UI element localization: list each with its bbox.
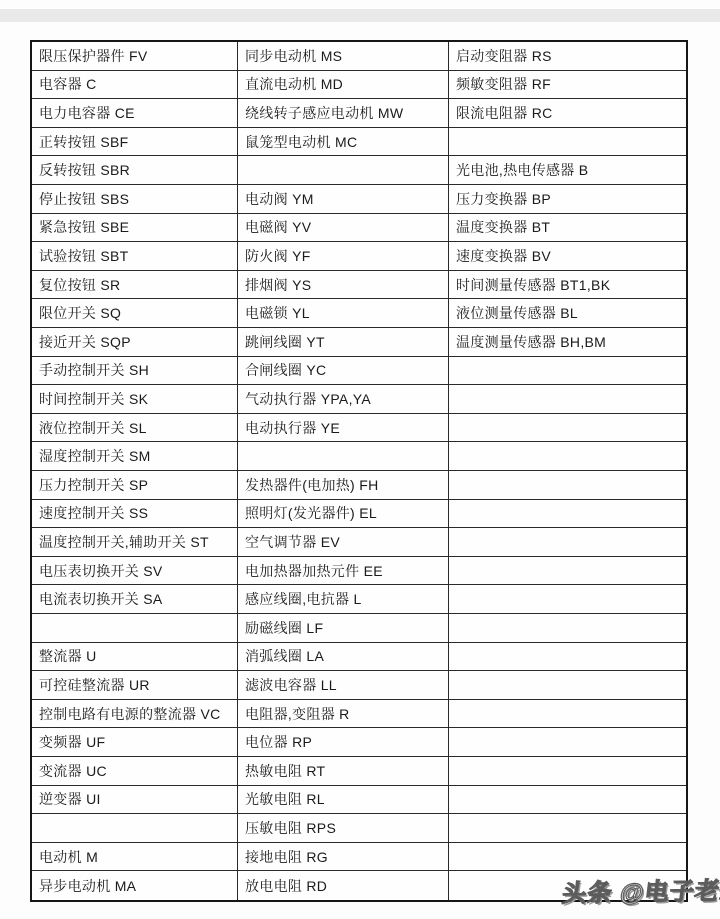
table-cell: 湿度控制开关 SM bbox=[32, 442, 238, 471]
table-cell: 电动执行器 YE bbox=[238, 414, 449, 443]
table-cell: 气动执行器 YPA,YA bbox=[238, 385, 449, 414]
table-cell: 感应线圈,电抗器 L bbox=[238, 585, 449, 614]
table-cell: 液位控制开关 SL bbox=[32, 414, 238, 443]
table-cell bbox=[238, 442, 449, 471]
table-cell: 异步电动机 MA bbox=[32, 871, 238, 900]
table-cell bbox=[449, 671, 686, 700]
table-cell bbox=[449, 614, 686, 643]
table-cell: 液位测量传感器 BL bbox=[449, 299, 686, 328]
table-cell bbox=[449, 585, 686, 614]
table-cell: 时间控制开关 SK bbox=[32, 385, 238, 414]
table-cell: 接近开关 SQP bbox=[32, 328, 238, 357]
table-cell: 消弧线圈 LA bbox=[238, 643, 449, 672]
table-cell bbox=[449, 757, 686, 786]
table-cell bbox=[32, 814, 238, 843]
table-cell: 光电池,热电传感器 B bbox=[449, 156, 686, 185]
table-cell: 正转按钮 SBF bbox=[32, 128, 238, 157]
table-cell: 限流电阻器 RC bbox=[449, 99, 686, 128]
table-cell: 热敏电阻 RT bbox=[238, 757, 449, 786]
table-cell: 电动机 M bbox=[32, 843, 238, 872]
table-cell: 温度变换器 BT bbox=[449, 214, 686, 243]
table-cell: 空气调节器 EV bbox=[238, 528, 449, 557]
table-cell bbox=[449, 385, 686, 414]
table-cell: 温度控制开关,辅助开关 ST bbox=[32, 528, 238, 557]
table-cell: 启动变阻器 RS bbox=[449, 42, 686, 71]
table-cell: 限位开关 SQ bbox=[32, 299, 238, 328]
table-cell: 同步电动机 MS bbox=[238, 42, 449, 71]
table-cell bbox=[449, 442, 686, 471]
table-cell: 温度测量传感器 BH,BM bbox=[449, 328, 686, 357]
table-cell: 电磁阀 YV bbox=[238, 214, 449, 243]
table-cell: 紧急按钮 SBE bbox=[32, 214, 238, 243]
table-cell: 速度控制开关 SS bbox=[32, 500, 238, 529]
watermark-text: 头条 @电子老孙 bbox=[561, 870, 720, 908]
table-cell: 压力变换器 BP bbox=[449, 185, 686, 214]
table-cell bbox=[449, 843, 686, 872]
table-cell bbox=[449, 643, 686, 672]
table-cell: 电动阀 YM bbox=[238, 185, 449, 214]
table-cell: 手动控制开关 SH bbox=[32, 357, 238, 386]
table-cell: 复位按钮 SR bbox=[32, 271, 238, 300]
table-cell: 整流器 U bbox=[32, 643, 238, 672]
table-cell: 逆变器 UI bbox=[32, 786, 238, 815]
table-cell: 压敏电阻 RPS bbox=[238, 814, 449, 843]
table-cell: 电力电容器 CE bbox=[32, 99, 238, 128]
table-cell: 反转按钮 SBR bbox=[32, 156, 238, 185]
page: 限压保护器件 FV同步电动机 MS启动变阻器 RS电容器 C直流电动机 MD频敏… bbox=[0, 0, 720, 919]
table-cell bbox=[449, 357, 686, 386]
top-band-stripe bbox=[0, 9, 720, 22]
table-cell: 绕线转子感应电动机 MW bbox=[238, 99, 449, 128]
table-cell: 照明灯(发光器件) EL bbox=[238, 500, 449, 529]
table-cell bbox=[449, 557, 686, 586]
table-cell: 防火阀 YF bbox=[238, 242, 449, 271]
table-cell: 放电电阻 RD bbox=[238, 871, 449, 900]
table-cell bbox=[449, 814, 686, 843]
table-cell: 直流电动机 MD bbox=[238, 71, 449, 100]
component-code-table: 限压保护器件 FV同步电动机 MS启动变阻器 RS电容器 C直流电动机 MD频敏… bbox=[30, 40, 688, 902]
table-cell: 电阻器,变阻器 R bbox=[238, 700, 449, 729]
table-cell bbox=[32, 614, 238, 643]
table-cell: 电磁锁 YL bbox=[238, 299, 449, 328]
table-cell: 时间测量传感器 BT1,BK bbox=[449, 271, 686, 300]
table-cell bbox=[449, 700, 686, 729]
table-cell: 励磁线圈 LF bbox=[238, 614, 449, 643]
table-cell bbox=[449, 786, 686, 815]
table-cell: 变流器 UC bbox=[32, 757, 238, 786]
table-cell bbox=[449, 128, 686, 157]
table-cell: 接地电阻 RG bbox=[238, 843, 449, 872]
table-cell: 停止按钮 SBS bbox=[32, 185, 238, 214]
table-cell: 速度变换器 BV bbox=[449, 242, 686, 271]
table-cell: 压力控制开关 SP bbox=[32, 471, 238, 500]
table-cell: 控制电路有电源的整流器 VC bbox=[32, 700, 238, 729]
table-cell: 电加热器加热元件 EE bbox=[238, 557, 449, 586]
table-cell: 可控硅整流器 UR bbox=[32, 671, 238, 700]
table-cell: 电压表切换开关 SV bbox=[32, 557, 238, 586]
table-cell: 合闸线圈 YC bbox=[238, 357, 449, 386]
table-cell: 电容器 C bbox=[32, 71, 238, 100]
table-cell: 变频器 UF bbox=[32, 728, 238, 757]
table-cell: 鼠笼型电动机 MC bbox=[238, 128, 449, 157]
table-cell: 试验按钮 SBT bbox=[32, 242, 238, 271]
table-cell: 光敏电阻 RL bbox=[238, 786, 449, 815]
table-cell bbox=[449, 471, 686, 500]
table-cell: 排烟阀 YS bbox=[238, 271, 449, 300]
table-cell: 频敏变阻器 RF bbox=[449, 71, 686, 100]
table-cell bbox=[449, 500, 686, 529]
table-cell: 电流表切换开关 SA bbox=[32, 585, 238, 614]
table-cell bbox=[449, 414, 686, 443]
table-cell: 跳闸线圈 YT bbox=[238, 328, 449, 357]
table-cell: 发热器件(电加热) FH bbox=[238, 471, 449, 500]
table-cell: 电位器 RP bbox=[238, 728, 449, 757]
table-cell bbox=[449, 528, 686, 557]
table-cell bbox=[449, 728, 686, 757]
table-cell: 限压保护器件 FV bbox=[32, 42, 238, 71]
table-cell bbox=[238, 156, 449, 185]
table-cell: 滤波电容器 LL bbox=[238, 671, 449, 700]
